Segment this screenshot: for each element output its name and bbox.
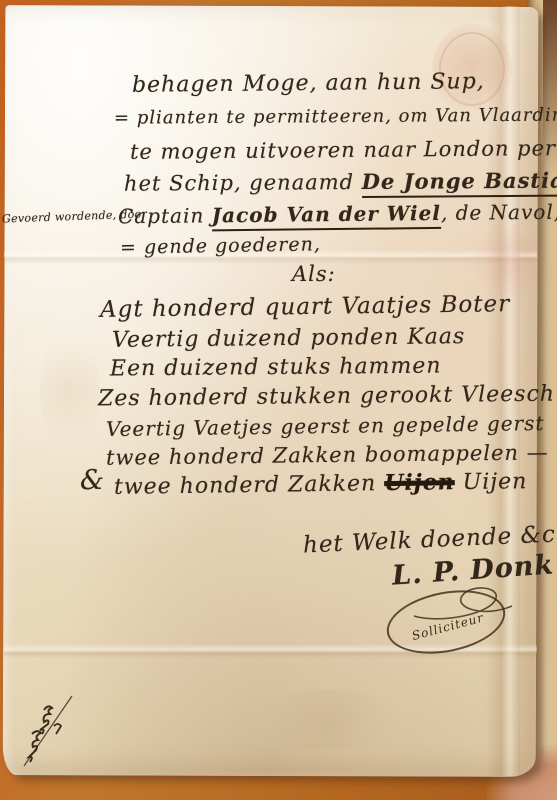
manuscript-line-captain: Captain Jacob Van der Wiel, de Navol, <box>118 201 557 228</box>
captain-label: Captain <box>118 203 212 228</box>
ink-blotch <box>470 222 550 302</box>
ship-intro-text: het Schip, genaamd <box>124 170 362 196</box>
paper-stain <box>40 330 100 450</box>
list-item-smoked-meat: Zes honderd stukken gerookt Vleesch <box>98 383 555 412</box>
ampersand-mark: & <box>80 466 105 496</box>
list-heading: Als: <box>292 263 336 286</box>
list-item-barley: Veertig Vaetjes geerst en gepelde gerst <box>106 412 545 440</box>
list-item-hams: Een duizend stuks hammen <box>110 355 442 382</box>
corner-annotation-scribble <box>14 688 94 778</box>
crossed-out-word: Uijen <box>384 469 455 496</box>
onions-text: twee honderd Zakken <box>114 471 385 500</box>
paper-stain <box>250 690 410 750</box>
onions-rewritten: Uijen <box>455 469 528 495</box>
scanned-manuscript-photo: behagen Moge, aan hun Sup, = plianten te… <box>0 0 557 800</box>
manuscript-line-supplicants: = plianten te permitteeren, om Van Vlaar… <box>114 105 557 128</box>
manuscript-line-opening: behagen Moge, aan hun Sup, <box>132 70 485 98</box>
signature-title: Solliciteur <box>410 610 485 643</box>
captain-name-underlined: Jacob Van der Wiel <box>212 201 442 231</box>
manuscript-line-ship: het Schip, genaamd De Jonge Bastiaan <box>124 168 557 195</box>
manuscript-line-goods: = gende goederen, <box>120 234 321 258</box>
list-item-cheese: Veertig duizend ponden Kaas <box>112 325 465 353</box>
captain-line-tail: , de Navol, <box>441 200 557 225</box>
manuscript-line-export: te mogen uitvoeren naar London per <box>130 137 556 164</box>
ship-name-underlined: De Jonge Bastiaan <box>362 167 557 198</box>
